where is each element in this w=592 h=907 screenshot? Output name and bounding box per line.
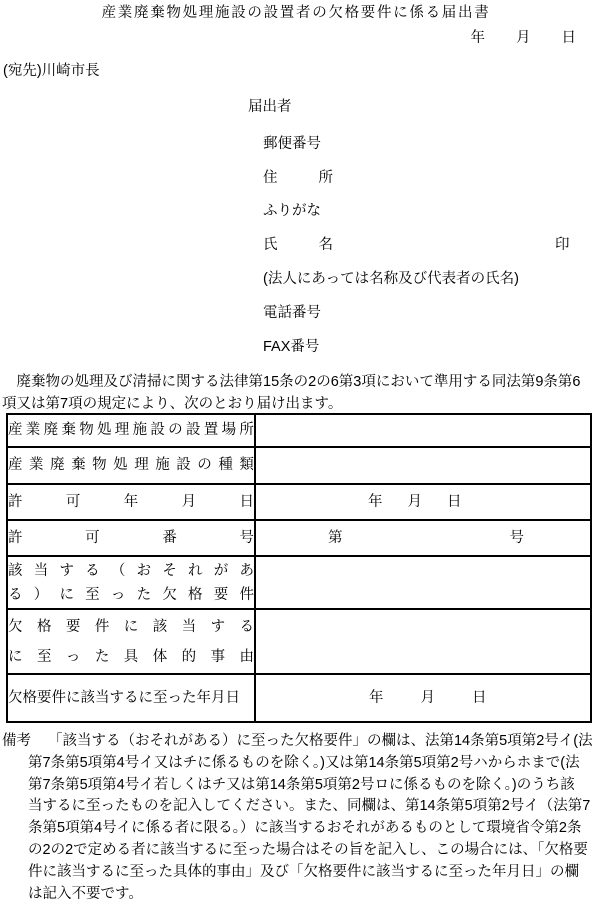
number-suffix: 号 [510, 531, 525, 546]
facility-location-label: 産業廃棄物処理施設の設置場所 [8, 423, 254, 438]
permit-number-placeholder: 第 号 [256, 531, 590, 546]
intro-paragraph: 廃棄物の処理及び清掃に関する法律第15条の2の6第3項において準用する同法第9条… [2, 371, 592, 415]
disqualification-item-label-cell: 該当する（おそれがあ る）に至った欠格要件 [7, 556, 255, 609]
table-row: 産業廃棄物処理施設の設置場所 [7, 414, 591, 447]
seal-mark: 印 [555, 238, 570, 253]
number-prefix: 第 [328, 531, 343, 546]
day-label: 日 [447, 495, 462, 510]
specific-reason-label-line1: 欠格要件に該当する [8, 612, 254, 642]
fax-label: FAX番号 [263, 340, 319, 355]
remarks-line: 条第5項第4号イに係る者に限る。）に該当するおそれがあるものとして環境省令第2条 [28, 818, 590, 840]
address-label-text: 住所 [263, 171, 333, 186]
name-label-text: 氏名 [263, 238, 333, 253]
remarks-line: 第7条第5項第4号イ若しくはチ又は第14条第5項第2号ロに係るものを除く。)のう… [28, 775, 590, 797]
date-day-label: 日 [562, 31, 577, 46]
permit-date-label-cell: 許可年月日 [7, 484, 255, 520]
furigana-label: ふりがな [263, 204, 321, 219]
disqualification-date-placeholder: 年 月 日 [256, 691, 590, 706]
facility-type-value-cell [255, 447, 591, 484]
table-row: 欠格要件に該当するに至った年月日 年 月 日 [7, 674, 591, 722]
date-month-label: 月 [516, 31, 531, 46]
page-title: 産業廃棄物処理施設の設置者の欠格要件に係る届出書 [0, 6, 592, 21]
table-row: 許可年月日 年 月 日 [7, 484, 591, 520]
day-label: 日 [472, 691, 487, 706]
submission-date-line: 年 月 日 [471, 31, 577, 46]
remarks-line: 備考 「該当する（おそれがある）に至った欠格要件」の欄は、法第14条第5項第2号… [2, 731, 590, 753]
year-label: 年 [369, 691, 384, 706]
disqualification-date-value-cell: 年 月 日 [255, 674, 591, 722]
month-label: 月 [421, 691, 436, 706]
phone-label: 電話番号 [263, 306, 321, 321]
disqualification-item-label-line1: 該当する（おそれがあ [8, 559, 254, 583]
declarant-heading: 届出者 [248, 100, 292, 115]
permit-number-label-cell: 許可番号 [7, 520, 255, 556]
remarks-line: 当するに至ったものを記入してください。また、同欄は、第14条第5項第2号イ（法第… [28, 796, 590, 818]
specific-reason-value-cell [255, 609, 591, 674]
table-row: 該当する（おそれがあ る）に至った欠格要件 [7, 556, 591, 609]
name-label: 氏名 [263, 238, 333, 253]
remarks-line: 第7条第5項第4号イ又はチに係るものを除く。)又は第14条第5項第2号ハからホま… [28, 753, 590, 775]
month-label: 月 [408, 495, 423, 510]
intro-line-2: 項又は第7項の規定により、次のとおり届け出ます。 [2, 393, 592, 415]
permit-date-value-cell: 年 月 日 [255, 484, 591, 520]
specific-reason-label-cell: 欠格要件に該当する に至った具体的事由 [7, 609, 255, 674]
remarks-line: は記入不要です。 [28, 884, 590, 906]
facility-type-label-cell: 産業廃棄物処理施設の種類 [7, 447, 255, 484]
permit-number-label: 許可番号 [8, 531, 254, 546]
address-label: 住所 [263, 171, 333, 186]
specific-reason-label-line2: に至った具体的事由 [8, 642, 254, 672]
disqualification-item-label-line2: る）に至った欠格要件 [8, 583, 254, 607]
postal-code-label: 郵便番号 [263, 137, 321, 152]
remarks-block: 備考 「該当する（おそれがある）に至った欠格要件」の欄は、法第14条第5項第2号… [28, 731, 590, 905]
facility-type-label: 産業廃棄物処理施設の種類 [8, 458, 254, 473]
remarks-line: 件に該当するに至った具体的事由」及び「欠格要件に該当するに至った年月日」の欄 [28, 862, 590, 884]
remarks-text-line1: 「該当する（おそれがある）に至った欠格要件」の欄は、法第14条第5項第2号イ(法 [48, 731, 592, 753]
intro-line-1: 廃棄物の処理及び清掃に関する法律第15条の2の6第3項において準用する同法第9条… [2, 371, 592, 393]
table-row: 産業廃棄物処理施設の種類 [7, 447, 591, 484]
facility-location-label-cell: 産業廃棄物処理施設の設置場所 [7, 414, 255, 447]
remarks-line: の2の2で定める者に該当するに至った場合はその旨を記入し、この場合には、「欠格要 [28, 840, 590, 862]
table-row: 許可番号 第 号 [7, 520, 591, 556]
form-page: 産業廃棄物処理施設の設置者の欠格要件に係る届出書 年 月 日 (宛先)川崎市長 … [0, 0, 592, 907]
disqualification-date-label-cell: 欠格要件に該当するに至った年月日 [7, 674, 255, 722]
addressee: (宛先)川崎市長 [3, 64, 100, 79]
disqualification-date-label: 欠格要件に該当するに至った年月日 [8, 691, 254, 706]
facility-location-value-cell [255, 414, 591, 447]
form-table: 産業廃棄物処理施設の設置場所 産業廃棄物処理施設の種類 許可年月日 年 月 日 [6, 413, 592, 723]
date-year-label: 年 [471, 31, 486, 46]
permit-date-placeholder: 年 月 日 [256, 495, 590, 510]
corporate-note: (法人にあっては名称及び代表者の氏名) [263, 272, 519, 287]
permit-number-value-cell: 第 号 [255, 520, 591, 556]
disqualification-item-value-cell [255, 556, 591, 609]
year-label: 年 [368, 495, 383, 510]
permit-date-label: 許可年月日 [8, 495, 254, 510]
table-row: 欠格要件に該当する に至った具体的事由 [7, 609, 591, 674]
remarks-label: 備考 [2, 731, 31, 753]
